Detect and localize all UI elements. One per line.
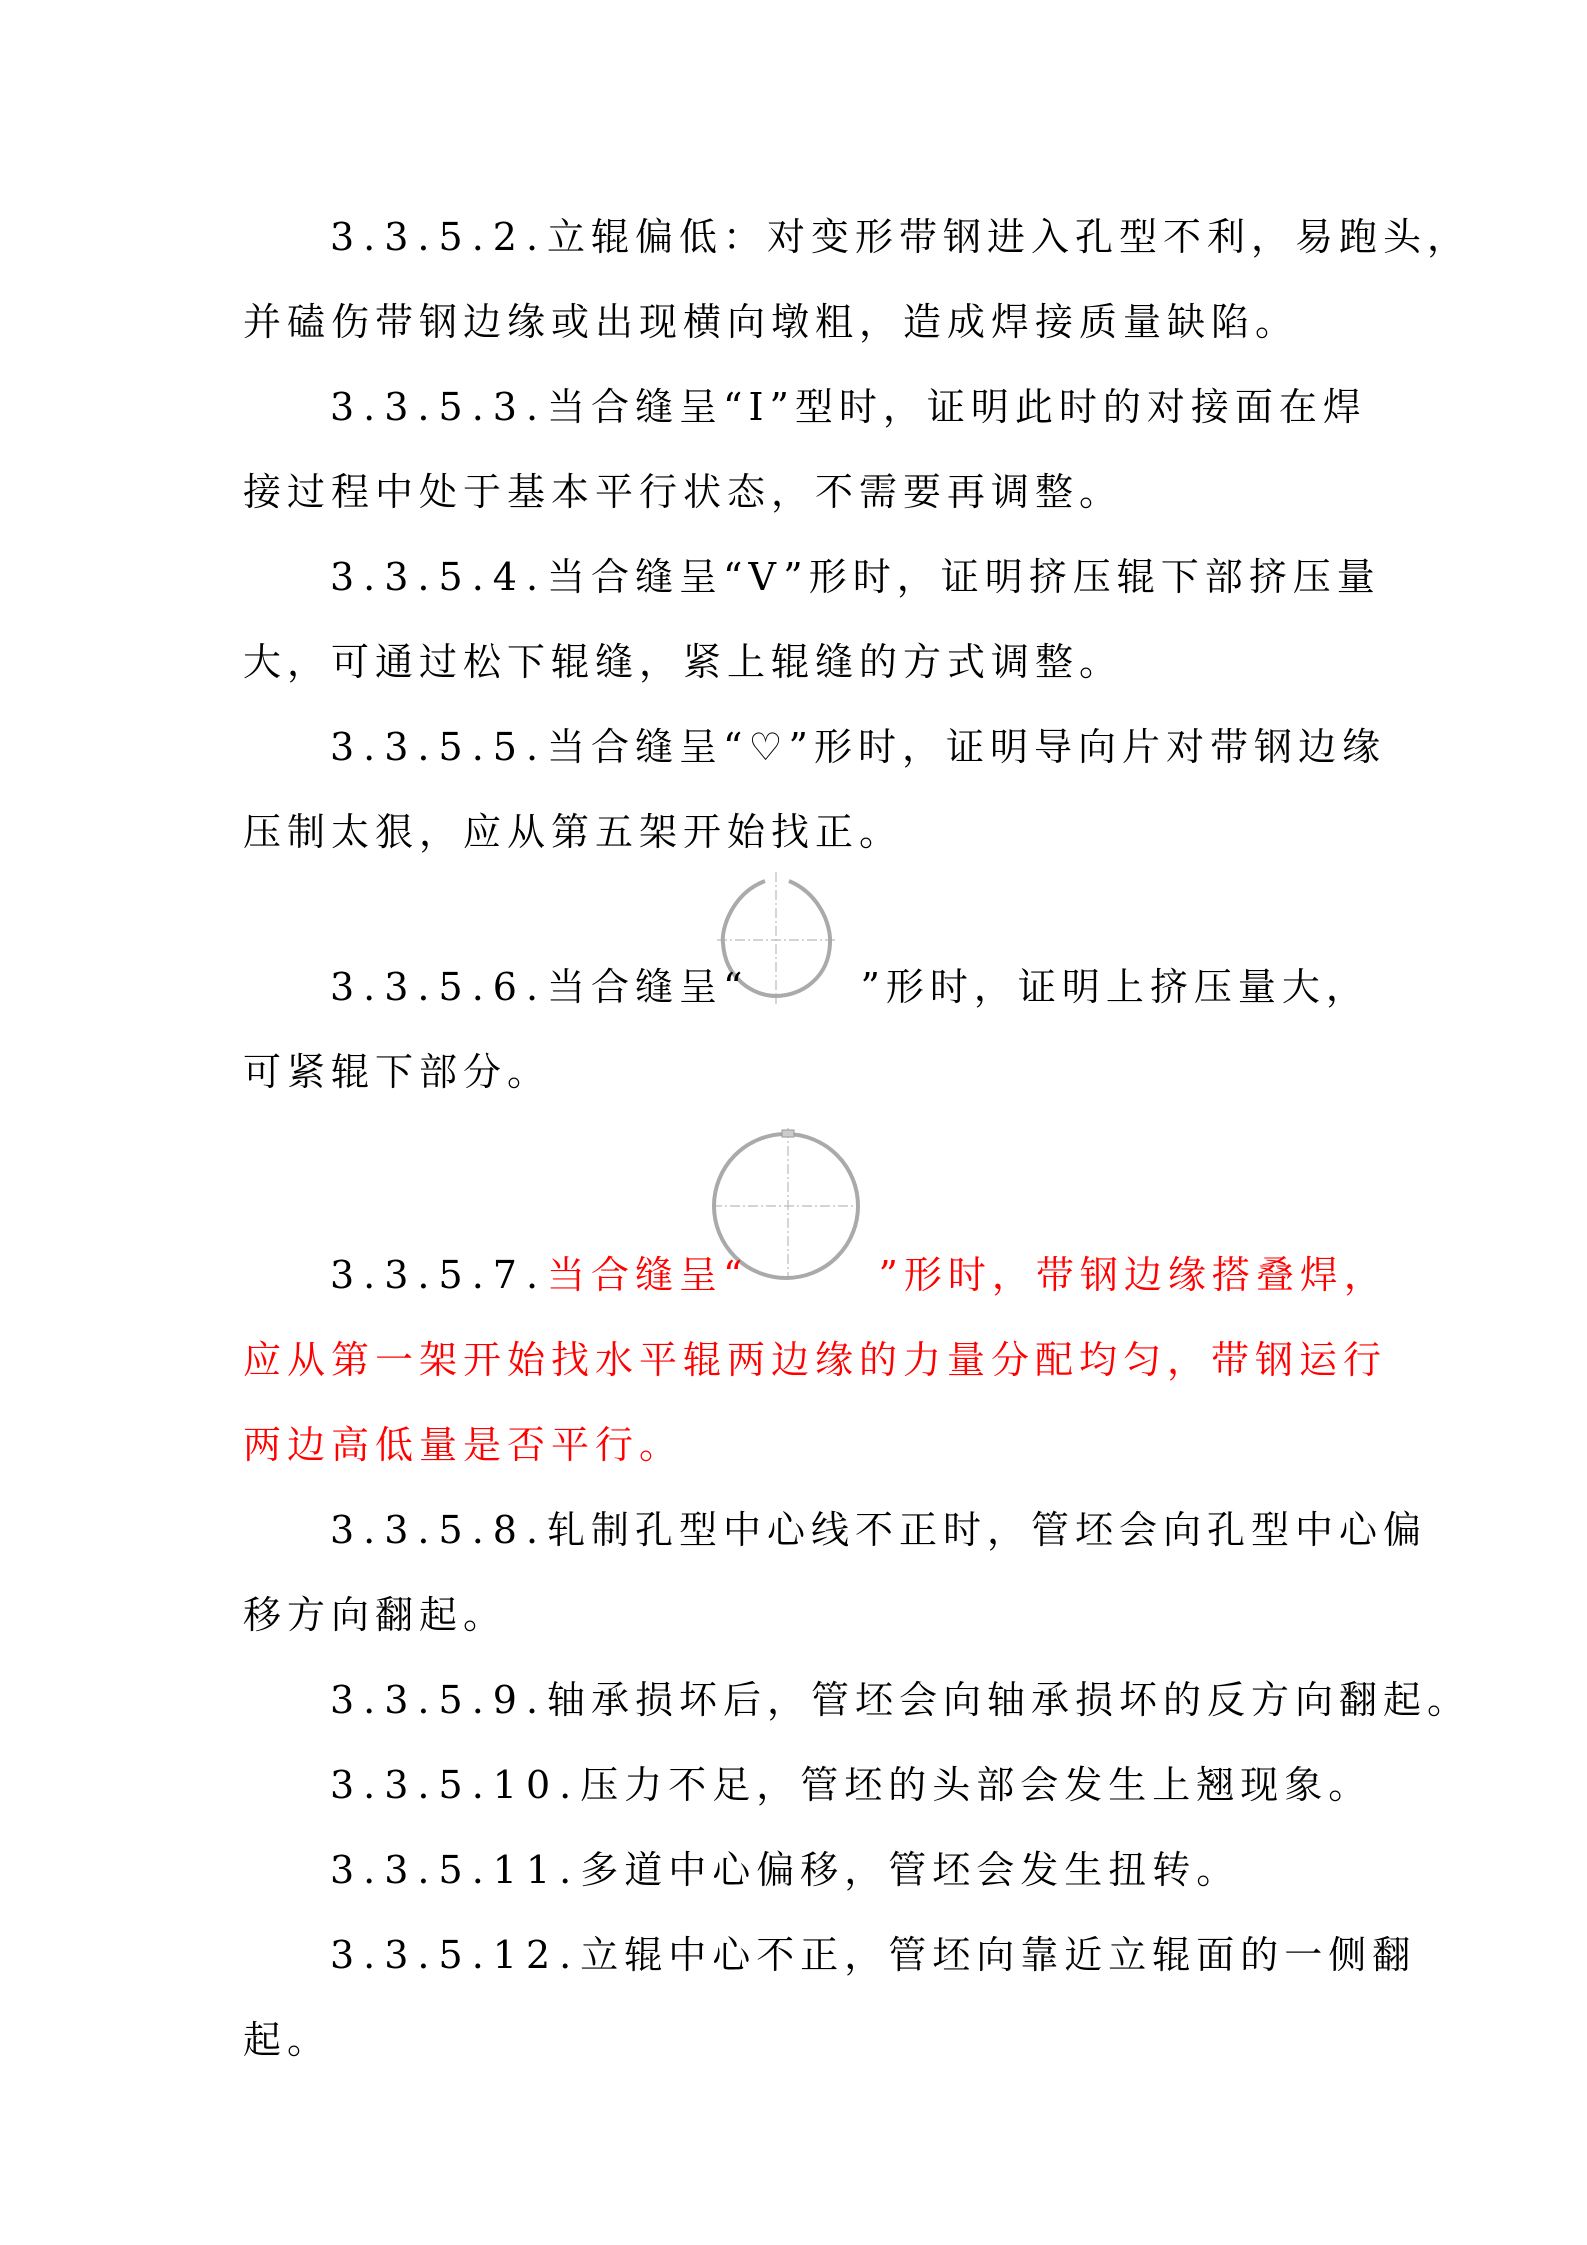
item-text-pre: 当合缝呈“	[547, 1253, 748, 1297]
paragraph-3-3-5-2-line-2: 并磕伤带钢边缘或出现横向墩粗，造成焊接质量缺陷。	[243, 297, 1299, 347]
item-number: 3.3.5.6.	[330, 965, 547, 1009]
item-text-pre: 当合缝呈“	[547, 965, 748, 1009]
paragraph-3-3-5-4-line-1: 3.3.5.4.当合缝呈“V”形时，证明挤压辊下部挤压量	[330, 552, 1381, 602]
paragraph-3-3-5-8-line-2: 移方向翻起。	[243, 1590, 507, 1640]
item-number: 3.3.5.9.	[330, 1678, 547, 1722]
item-number: 3.3.5.4.	[330, 555, 547, 599]
paragraph-3-3-5-7-line-1: 3.3.5.7.当合缝呈“”形时，带钢边缘搭叠焊，	[330, 1250, 1388, 1300]
item-text: 轧制孔型中心线不正时，管坯会向孔型中心偏	[547, 1508, 1427, 1552]
item-text-post: ”形时，证明上挤压量大，	[860, 965, 1369, 1009]
paragraph-3-3-5-7-line-2: 应从第一架开始找水平辊两边缘的力量分配均匀，带钢运行	[243, 1335, 1387, 1385]
item-text: 当合缝呈“I”型时，证明此时的对接面在焊	[547, 385, 1367, 429]
paragraph-3-3-5-3-line-2: 接过程中处于基本平行状态，不需要再调整。	[243, 467, 1123, 517]
item-number: 3.3.5.5.	[330, 725, 547, 769]
item-text-post: ”形时，带钢边缘搭叠焊，	[878, 1253, 1387, 1297]
item-text: 轴承损坏后，管坯会向轴承损坏的反方向翻起。	[547, 1678, 1471, 1722]
item-text: 当合缝呈“V”形时，证明挤压辊下部挤压量	[547, 555, 1381, 599]
item-number: 3.3.5.7.	[330, 1253, 547, 1297]
item-text: 多道中心偏移，管坯会发生扭转。	[580, 1848, 1240, 1892]
paragraph-3-3-5-5-line-2: 压制太狠，应从第五架开始找正。	[243, 807, 903, 857]
item-text: 立辊偏低：对变形带钢进入孔型不利，易跑头，	[547, 215, 1471, 259]
item-text: 当合缝呈“♡”形时，证明导向片对带钢边缘	[547, 725, 1386, 769]
paragraph-3-3-5-4-line-2: 大，可通过松下辊缝，紧上辊缝的方式调整。	[243, 637, 1123, 687]
item-number: 3.3.5.10.	[330, 1763, 580, 1807]
paragraph-3-3-5-6-line-2: 可紧辊下部分。	[243, 1047, 551, 1097]
item-text: 压力不足，管坯的头部会发生上翘现象。	[580, 1763, 1372, 1807]
item-number: 3.3.5.11.	[330, 1848, 580, 1892]
paragraph-3-3-5-12-line-1: 3.3.5.12.立辊中心不正，管坯向靠近立辊面的一侧翻	[330, 1930, 1416, 1980]
paragraph-3-3-5-5-line-1: 3.3.5.5.当合缝呈“♡”形时，证明导向片对带钢边缘	[330, 722, 1386, 772]
item-number: 3.3.5.12.	[330, 1933, 580, 1977]
paragraph-3-3-5-9-line-1: 3.3.5.9.轴承损坏后，管坯会向轴承损坏的反方向翻起。	[330, 1675, 1471, 1725]
paragraph-3-3-5-6-line-1: 3.3.5.6.当合缝呈“”形时，证明上挤压量大，	[330, 962, 1370, 1012]
item-number: 3.3.5.2.	[330, 215, 547, 259]
paragraph-3-3-5-12-line-2: 起。	[243, 2015, 331, 2065]
item-text: 立辊中心不正，管坯向靠近立辊面的一侧翻	[580, 1933, 1416, 1977]
paragraph-3-3-5-2-line-1: 3.3.5.2.立辊偏低：对变形带钢进入孔型不利，易跑头，	[330, 212, 1471, 262]
paragraph-3-3-5-10-line-1: 3.3.5.10.压力不足，管坯的头部会发生上翘现象。	[330, 1760, 1372, 1810]
paragraph-3-3-5-3-line-1: 3.3.5.3.当合缝呈“I”型时，证明此时的对接面在焊	[330, 382, 1367, 432]
paragraph-3-3-5-11-line-1: 3.3.5.11.多道中心偏移，管坯会发生扭转。	[330, 1845, 1240, 1895]
paragraph-3-3-5-8-line-1: 3.3.5.8.轧制孔型中心线不正时，管坯会向孔型中心偏	[330, 1505, 1427, 1555]
item-number: 3.3.5.3.	[330, 385, 547, 429]
item-number: 3.3.5.8.	[330, 1508, 547, 1552]
paragraph-3-3-5-7-line-3: 两边高低量是否平行。	[243, 1420, 683, 1470]
